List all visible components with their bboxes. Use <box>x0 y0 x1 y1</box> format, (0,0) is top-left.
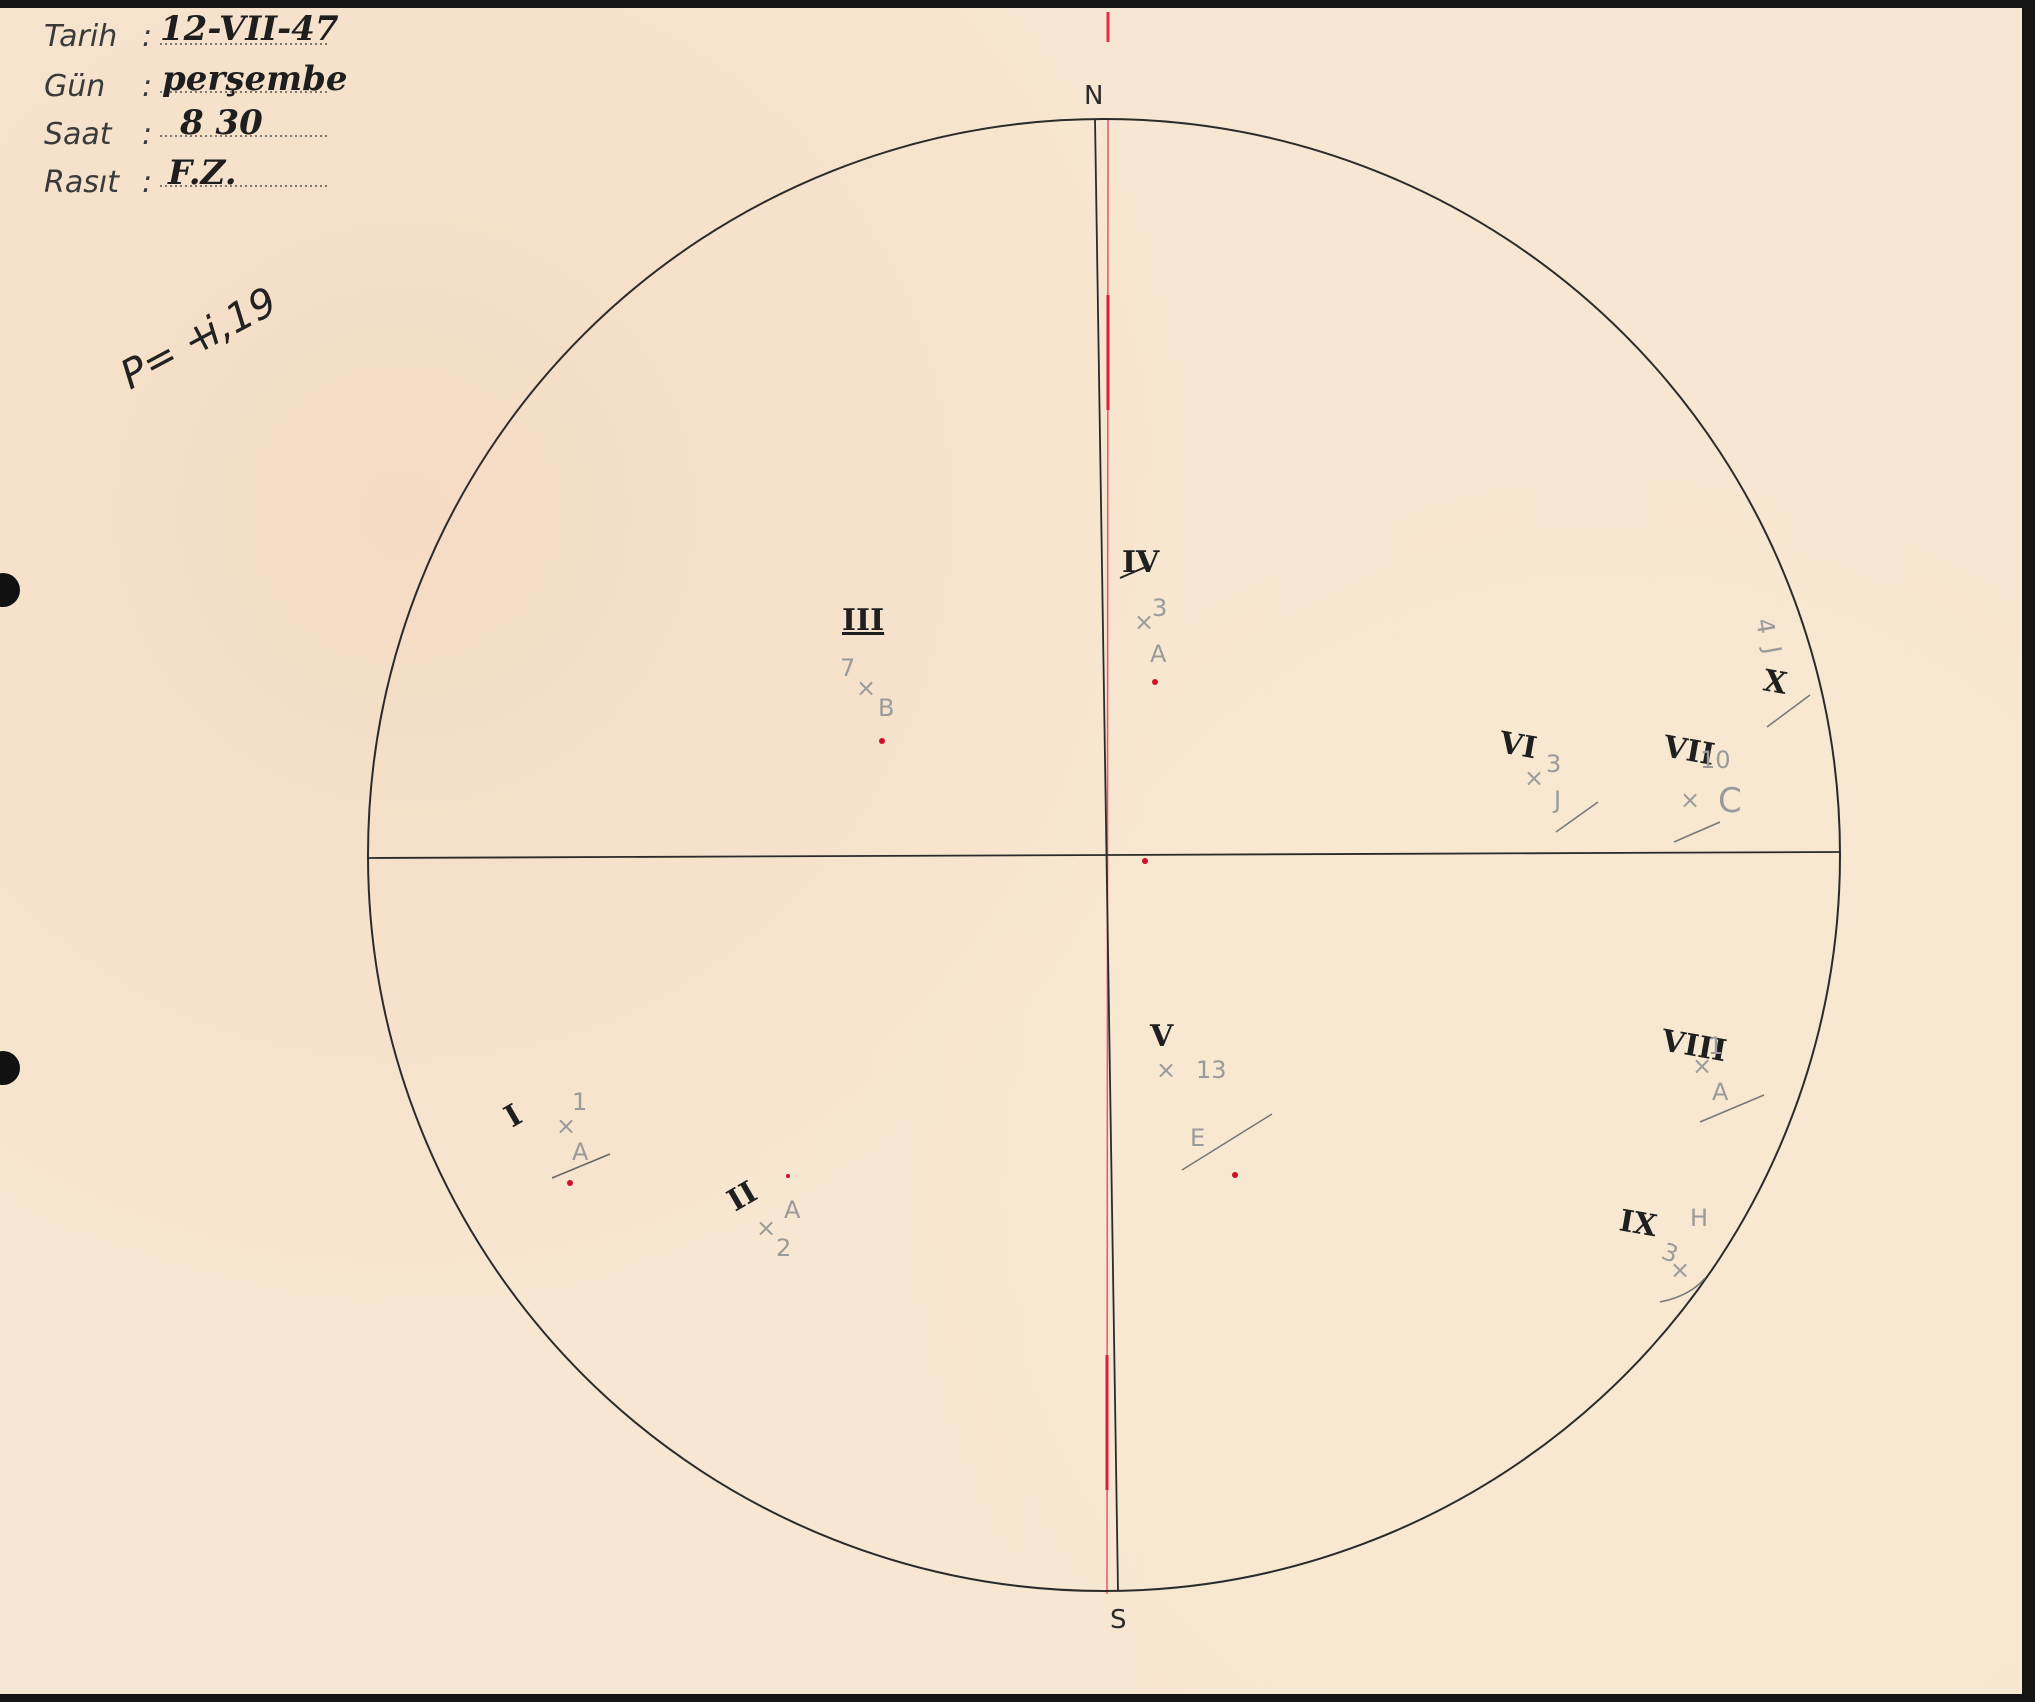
day-value: perşembe <box>162 59 347 99</box>
svg-text:H: H <box>1690 1204 1708 1232</box>
svg-text:C: C <box>1718 781 1742 821</box>
svg-text:J: J <box>1552 786 1561 814</box>
svg-text:×: × <box>1156 1056 1176 1084</box>
separator: : <box>142 19 152 54</box>
date-value: 12-VII-47 <box>160 9 339 49</box>
time-label: Saat <box>44 117 113 152</box>
svg-text:13: 13 <box>1196 1056 1227 1084</box>
north-label: N <box>1084 81 1103 111</box>
sunspot-group-IV: IV 3 × A <box>1120 545 1167 668</box>
group-label: I <box>499 1098 529 1135</box>
group-label: X <box>1761 663 1791 702</box>
observer-label: Rasıt <box>44 165 120 200</box>
svg-text:A: A <box>784 1196 801 1224</box>
svg-text:A: A <box>1712 1078 1729 1106</box>
group-label: IX <box>1617 1203 1661 1244</box>
group-label: V <box>1149 1019 1174 1054</box>
date-label: Tarih <box>44 19 117 54</box>
svg-text:2: 2 <box>776 1234 791 1262</box>
sunspot-group-X: 4 J X <box>1750 616 1810 727</box>
sunspot-group-VI: VI × 3 J <box>1496 725 1598 832</box>
svg-text:A: A <box>572 1138 589 1166</box>
sunspot-group-V: V × 13 E <box>1149 1019 1272 1170</box>
red-dots <box>567 679 1238 1186</box>
svg-text:J: J <box>1758 642 1787 656</box>
group-label: VI <box>1496 725 1540 766</box>
sunspot-group-I: I 1 × A <box>499 1088 611 1178</box>
group-label: III <box>842 603 884 638</box>
svg-text:×: × <box>1670 1256 1690 1284</box>
svg-text:10: 10 <box>1700 746 1731 774</box>
svg-text:B: B <box>878 694 894 722</box>
svg-text:×: × <box>756 1214 776 1242</box>
observer-value: F.Z. <box>167 153 237 193</box>
sunspot-group-III: III 7 × B <box>840 603 894 722</box>
sunspot-group-VII: VII 10 × C <box>1660 729 1742 842</box>
separator: : <box>142 69 152 104</box>
svg-text:×: × <box>1134 608 1154 636</box>
svg-text:3: 3 <box>1152 594 1167 622</box>
svg-text:3: 3 <box>1546 750 1561 778</box>
sunspot-group-IX: IX H 3 × <box>1617 1203 1708 1302</box>
svg-text:×: × <box>1524 764 1544 792</box>
svg-text:A: A <box>1150 640 1167 668</box>
separator: : <box>142 165 152 200</box>
svg-text:×: × <box>1692 1052 1712 1080</box>
svg-text:E: E <box>1190 1124 1205 1152</box>
svg-text:7: 7 <box>840 654 855 682</box>
svg-text:×: × <box>556 1112 576 1140</box>
group-label: II <box>722 1175 764 1219</box>
south-label: S <box>1110 1605 1127 1635</box>
p-angle-note: P= + i,19 <box>113 279 284 399</box>
sunspot-group-II: II A × 2 <box>722 1175 802 1262</box>
svg-text:×: × <box>1680 786 1700 814</box>
sun-disk-drawing: Tarih : 12-VII-47 Gün : perşembe Saat : … <box>0 0 2035 1702</box>
sunspot-group-VIII: VIII 1 × A <box>1658 1023 1764 1122</box>
header-block: Tarih : 12-VII-47 Gün : perşembe Saat : … <box>44 9 347 200</box>
day-label: Gün <box>44 69 105 104</box>
east-west-axis <box>369 852 1840 858</box>
svg-text:4: 4 <box>1750 616 1780 636</box>
svg-text:×: × <box>856 674 876 702</box>
separator: : <box>142 117 152 152</box>
time-value: 8 30 <box>179 103 263 143</box>
